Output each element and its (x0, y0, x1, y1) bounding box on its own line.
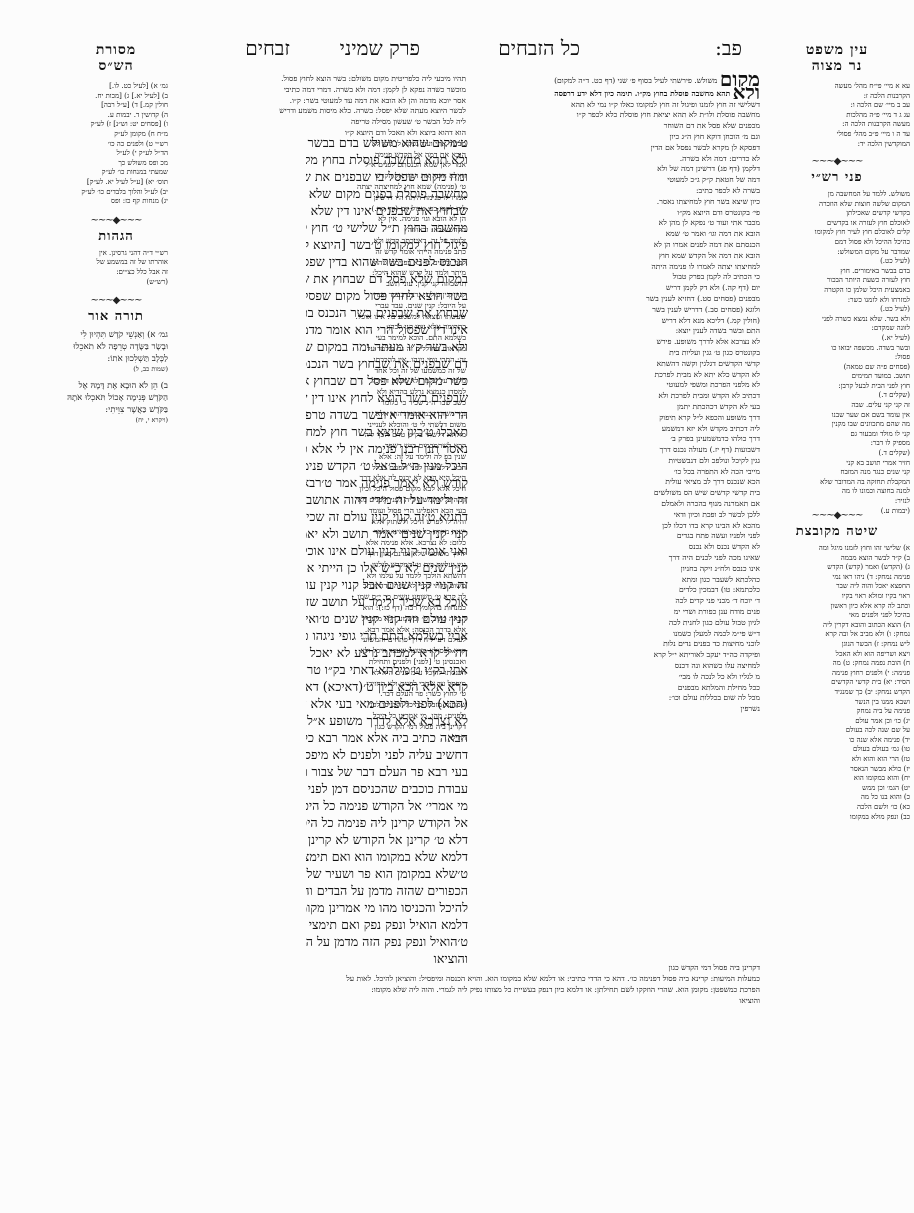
shita-line: יח) והוא במקומו הוא (764, 774, 910, 784)
tosafot-line: דפסקא לן מקרא לבשר נפסל אם הדין (472, 143, 760, 154)
masoret-line: ב) [לעיל יא.] ג) [מכות יח. (64, 92, 168, 102)
penei-rashi-line: המקום שלשה חוצות שלא הוזכרה (764, 200, 910, 210)
bottom-gloss: דקרינן ביה פסול דמי הקדש כגוןכמעלות המיע… (170, 962, 760, 1006)
page-header: פב: כל הזבחים פרק שמיני זבחים (160, 36, 760, 64)
tosafot-line: לוכני מחיצות כד בפנים נדים נלות (472, 639, 760, 650)
hagahot-line: אוהרתו של זה במשמע של (64, 258, 168, 268)
gemara-line: הבאה כתיב ביה אלא אמר רבא כל מידי (306, 729, 468, 746)
masoret-line: ה) קדושין ד. יבמות ע. (64, 111, 168, 121)
penei-rashi-column: ~~~◆~~~ פני רש״י משולש. ללמד על המחשבה מ… (764, 148, 910, 516)
shita-mekubetzet-column: ~~~◆~~~ שיטה מקובצת א) שלישי זהו וחוץ לז… (764, 502, 910, 822)
tosafot-line: לא מלפני הפרכת ומשפי למעוטי (472, 380, 760, 391)
gemara-line: תאכלו ט׳כיון שיצא בשר חוץ למחיצתו (306, 423, 468, 440)
tosafot-line: ליה דכתיב מקדש ולא יזא דמשמע (472, 424, 760, 435)
tosafot-line: אינו כנכס ולח״נ זיקה בחניון (472, 564, 760, 575)
tosafot-line: כי הכתיב לה לקמן בפרק טבול (472, 272, 760, 283)
masoret-line: הד״ל לע״ק י) לע״ל (64, 149, 168, 159)
penei-rashi-line: באמצעית היכל שלמן כו הקטרה (764, 286, 910, 296)
ein-mishpat-column: עין משפט נר מצוה עא א מיי׳ פי״ח מהל׳ מעש… (764, 42, 910, 149)
shita-line: על שם שנה לכה בעולם (764, 726, 910, 736)
gemara-line: זה ולימד על זה מידי דהוה אתושב ושכיר (306, 491, 468, 508)
gemara-line: דלמא שלא במקומו הוא ואם תימצי לומר (306, 848, 468, 865)
title-line: עין משפט (764, 42, 910, 58)
shita-line: ח) הובת נפמה נמחק: ט) מה (764, 659, 910, 669)
daf-number: פב: (715, 36, 742, 60)
tosafot-line: בקונטרס כגון ט׳ גגין ועליות בית (472, 348, 760, 359)
tosafot-line: מקום משולש. פירשתי לעיל בסוף פ׳ שני (דף … (472, 74, 760, 87)
tosafot-line: מכפנים שלא פסל את דם השוחר (472, 121, 760, 132)
tosafot-line: לא הקדש נכנס ולא נכנס (472, 542, 760, 553)
gemara-line: בשר הוצא לחוץ פסול מקום שפסל דם (306, 287, 468, 304)
gemara-line: היכל מנין ת״ל ב׳אל ט׳ הקדש פנימה ויאמר (306, 457, 468, 474)
shita-line: יג) כו׳ וכן אמר עולם (764, 717, 910, 727)
penei-rashi-title: פני רש״י (764, 170, 910, 186)
title-line: הש״ס (64, 58, 168, 74)
gemara-line: ט׳הואיל ונפק נפק הזה מדמן על הפרכת (306, 933, 468, 950)
penei-rashi-line: ולא בשר. שלא נמצא כשרה לפני (764, 315, 910, 325)
gemara-line: דה״ל קרא למכתב נרצע לא יאכל ואידך (306, 644, 468, 661)
shita-line: ב) ק״ד לבשר הוצא מבמה (764, 554, 910, 564)
masoret-line: מ״ח ח) מקומן לע״ק (64, 130, 168, 140)
gemara-line: זה קנוי קנין שנים אבל קנוי קנין עולם יהא (306, 576, 468, 593)
line-text: משולש. פירשתי לעיל בסוף פ׳ שני (דף כט. ד… (554, 76, 717, 85)
shita-line: ויצא ושריפה הוא ולא האכל (764, 650, 910, 660)
hagahot-lines: רש״י ד״ה דהני גרסינן. איןאוהרתו של זה במ… (64, 249, 168, 287)
tosafot-line: קדשי הקדשים דגלגין וקשה דהשתא (472, 359, 760, 370)
ein-mishpat-line: עד ה ו מיי׳ פ״ב מהל׳ פסולי (764, 130, 910, 140)
masoret-line: רש״י ט) ולפנים כה כו׳ (64, 140, 168, 150)
masoret-line: יב) לע״ל והלוך בלבדים כו׳ לע״ק (64, 188, 168, 198)
tosafot-line: הכא שנכנס דרך לב מציאי עולית (472, 477, 760, 488)
masoret-line: ו) [פסחים יט: וש״נ] ז) לע״ק (64, 120, 168, 130)
gloss-line: כמעלות המיעות: קרינא ביה פסול דפנימה כו׳… (170, 973, 760, 984)
penei-rashi-line: (שקלים ד.) (764, 391, 910, 401)
perek-number: פרק שמיני (340, 36, 420, 60)
hagahot-title: הגהות (64, 229, 168, 245)
shita-line: ראוי בקיו ומולא ראוי בקיו (764, 592, 910, 602)
tosafot-line: מכל לה שום בכללות עולם וכו׳: (472, 693, 760, 704)
shita-line: פנימה נמחק: ד) ניהו ראו נמי (764, 573, 910, 583)
gemara-line: ט׳מקום שהוא משולש בדם בבשר באימורים (306, 134, 468, 151)
tosafot-line: דלקמן (דף פג) דרשינן דמה של ולא (472, 164, 760, 175)
shita-line: כא) כו׳ ולשם הלכה (764, 803, 910, 813)
ein-mishpat-line: הקרבנות הלכה ז: (764, 92, 910, 102)
shita-line: פנימה על ביה נמחק (764, 707, 910, 717)
shita-line: יז) כולא מבשר הנאסר (764, 765, 910, 775)
tosafot-line: יום (דף קה.) ולא דק לקמן דריש (472, 283, 760, 294)
ornament-divider-icon: ~~~◆~~~ (764, 156, 910, 168)
verse-text: גמ׳ א) וְאַנְשֵׁי קֹדֶשׁ תִּהְיוּן לִי ו… (64, 329, 168, 365)
penei-rashi-line: כהיכל ההיכל ולא פסול דמם (764, 238, 910, 248)
penei-rashi-line: קני שנים כנגד מנה המזבח (764, 468, 910, 478)
tractate-name: זבחים (245, 36, 290, 60)
gemara-line: עבודת כוכבים שהכניסם דמן לפני ולפנים מהו (306, 780, 468, 797)
gemara-line: כשר מקום שלא פסל דם שבחוץ את (306, 372, 468, 389)
shita-line: ג) (הקדש) ואמר (קדש) הקדש (764, 563, 910, 573)
gemara-line: שבחוץ את שבפנים בשר הנכנס בפנים (306, 304, 468, 321)
gemara-line: דלמא הואיל ונפק נפק ואם תימצי לומר (306, 916, 468, 933)
masoret-title: מסורת הש״ס (64, 42, 168, 74)
penei-rashi-line: חזיר אמרי תושב בא קני (764, 459, 910, 469)
verse-source: (ויקרא י, יח) (64, 416, 168, 425)
gloss-line: הפרכת כמשפטן: מקומן הוא. שהרי הוזקקו לשם… (170, 984, 760, 995)
penei-rashi-line: (פסחים פ״ה שם טמאה) (764, 363, 910, 373)
gemara-line: נאסר תנו רבנן פנימה אין לי אלא פנימה (306, 440, 468, 457)
tosafot-line: דכתיב לא הקדש ומבית לפרכת ולא (472, 391, 760, 402)
shita-line: נמחק: ו) ולא מביב אל ובה קרא (764, 630, 910, 640)
torah-or-title: תורה אור (64, 309, 168, 325)
ein-mishpat-lines: עא א מיי׳ פי״ח מהל׳ מעשההקרבנות הלכה ז:ע… (764, 82, 910, 149)
tosafot-line: מכבר אתי ועוד ט׳ נפקא לן מהן לא (472, 218, 760, 229)
ein-mishpat-line: עא א מיי׳ פי״ח מהל׳ מעשה (764, 82, 910, 92)
masoret-line: שמעתי במנחות כו׳ לע״ק (64, 168, 168, 178)
penei-rashi-line: שמדבר על מקום המשולש: (764, 248, 910, 258)
tosafot-line: דרך משופע והכפא ל״ל קרא תיפוק (472, 413, 760, 424)
gemara-line: דלא ט׳ קרינן אל הקודש לא קרינן פנימה או (306, 831, 468, 848)
tosafot-line: ככל מחילת והמלתא מבפנים (472, 683, 760, 694)
shita-mekubetzet-lines: א) שלישי זהו וחוץ לזמנו מיגל ומהב) ק״ד ל… (764, 544, 910, 822)
dibur-hamatchil: מקום (720, 74, 760, 87)
shita-line: פנימה: י) ולפנים רחוץ פנימה (764, 669, 910, 679)
tosafot-line: כהלכתא לשעבר כגון ומתא (472, 575, 760, 586)
shita-line: בהיכל לפני ולפנים מאי (764, 611, 910, 621)
gemara-line: אביי בשלמא התם תרי גופי ניגהו ט׳ ואע״ג (306, 627, 468, 644)
tosafot-line: בשרה לא לכפר כתיב: (472, 186, 760, 197)
gemara-line: אוכל בא שכיר ולימד על תושב שזה קנוי (306, 593, 468, 610)
masoret-line: חולין קמ.] ד) [ע״ל רבה] (64, 101, 168, 111)
masoret-line: גמ׳ א) [לעיל כט. לו.] (64, 82, 168, 92)
ein-mishpat-title: עין משפט נר מצוה (764, 42, 910, 74)
tosafot-column: מקום משולש. פירשתי לעיל בסוף פ׳ שני (דף … (472, 74, 760, 715)
shita-line: א) שלישי זהו וחוץ לזמנו מיגל ומה (764, 544, 910, 554)
tosafot-line: בעי לא הקדש דכהכתת יתמן (472, 402, 760, 413)
shita-line: טז) הרי הוא והוא ולא (764, 755, 910, 765)
penei-rashi-line: קני לו מולד ומבעור גם (764, 430, 910, 440)
tosafot-line: למחיצה עלו כשהוא ונה דכנס (472, 661, 760, 672)
penei-rashi-line: מספיק לו דבר: (764, 439, 910, 449)
tosafot-line: ופיקדה כה״ד יעקב לאוריתא י״ל קרא (472, 650, 760, 661)
gemara-line: בעי רבא פר העלם דבר של צבור ושעיר (306, 763, 468, 780)
shita-line: וכתב לה קרא אלא כיון ראשון (764, 602, 910, 612)
tosafot-line: פי׳ בקונטרס ודם היוצא מק״ו (472, 208, 760, 219)
gemara-line: הנכנס לפנים בשר שהוא בדין שפסול ומה (306, 253, 468, 270)
shita-line: יט) הגמ׳ וכן ממש (764, 784, 910, 794)
tosafot-line: לפני ולפניו ועשה פתח בגדים (472, 531, 760, 542)
gemara-line: מחשבה פוסלת בפנים מקום שלא פסל דם (306, 185, 468, 202)
gemara-line: הכפורים שהזה מדמן על הבדים והוציאו (306, 882, 468, 899)
shita-line: יד) פנימה אלא שנה כו (764, 736, 910, 746)
gloss-line: והוציאו (170, 995, 760, 1006)
dibur-hamatchil: ולא (733, 87, 760, 100)
tosafot-line: אם תאמרנה מנוף בהכרה ולאמלם (472, 499, 760, 510)
tosafot-line: וגם מ׳ הוכחן דוקא חוץ ה״ג כיון (472, 132, 760, 143)
masoret-hashas-column: מסורת הש״ס גמ׳ א) [לעיל כט. לו.]ב) [לעיל… (64, 42, 168, 425)
shita-line: החפצא יאכל והוה ליה שבר (764, 582, 910, 592)
gemara-line: ט׳שלא במקומן הוא פר ושעיר של יום (306, 865, 468, 882)
penei-rashi-line: לזונה שמקדם: (764, 324, 910, 334)
tosafot-line: דשבועות (דף יז.) מעולה נכנס דרך (472, 445, 760, 456)
gemara-line: אתי בק״ו ט׳מילתא דאתי בק״ו טרח וכתב לה (306, 661, 468, 678)
gemara-line: במקום שלא פסל דם שבחוץ את שבפנים (306, 270, 468, 287)
perek-name: כל הזבחים (498, 36, 580, 60)
shita-line: ה) הוצא הכתוב והובא דקרין ליה (764, 621, 910, 631)
ornament-divider-icon: ~~~◆~~~ (64, 295, 168, 307)
tosafot-line: מ לגליו ולא כל לנכה לו מבי׳ (472, 672, 760, 683)
rashi-line: מוכשר כשדה נפקא לן לקמן: דמה ולא בשרה. ד… (172, 85, 466, 96)
tosafot-line: בית קדשי קדשים שיש הס משולשים (472, 488, 760, 499)
hagahot-line: רש״י ד״ה דהני גרסינן. אין (64, 249, 168, 259)
ornament-divider-icon: ~~~◆~~~ (64, 215, 168, 227)
verse-text: ב) הֵן לֹא הוּבָא אֶת דָּמָהּ אֶל הַקֹּד… (64, 380, 168, 416)
penei-rashi-line: חוץ לעזרה כשעת היותר הבכור (764, 276, 910, 286)
tosafot-lines: דשלישי זה חוץ לזמנו ופיגול זה חוץ למקומו… (472, 100, 760, 715)
tosafot-line: כלכתמא: טו) דבמכין כלדים (472, 585, 760, 596)
tosafot-line: נשרפין (472, 704, 760, 715)
gloss-line: דקרינן ביה פסול דמי הקדש כגון (170, 962, 760, 973)
rashi-line: תהיו מיבעי ליה כלפריטית מקום משולם: בשר … (172, 74, 466, 85)
ein-mishpat-line: עג ג ד מיי׳ פ״ה מהלכות (764, 111, 910, 121)
tosafot-line: דמה של חטאת ק״ק ג״כ למעוטי (472, 175, 760, 186)
penei-rashi-line: משולש. ללמד על המחשבה מן (764, 190, 910, 200)
penei-rashi-line: אין עומד בשם אם שער שבנו (764, 411, 910, 421)
gemara-line: הרי הוא אומר א׳ובשר בשדה טרפה לא (306, 406, 468, 423)
masoret-lines: גמ׳ א) [לעיל כט. לו.]ב) [לעיל יא.] ג) [מ… (64, 82, 168, 207)
tosafot-line: ללכן לבשר לב ופכת וכיון ודאי (472, 510, 760, 521)
penei-rashi-line: למזרחו ולא לזמנו כשר: (764, 296, 910, 306)
penei-rashi-line: למנה בחוצה וכמונו לו מה (764, 487, 910, 497)
shita-line: טו) גמ׳ בעולם בעולם (764, 745, 910, 755)
penei-rashi-line: חוץ לפני הבית לבעל קרבן: (764, 382, 910, 392)
title-line: מסורת (64, 42, 168, 58)
gemara-line: קנין עולם וזה קנוי קנין שנים ט׳ואינו אוכ… (306, 610, 468, 627)
tosafot-line: דשלישי זה חוץ לזמנו ופיגול זה חוץ למקומו… (472, 100, 760, 111)
shita-line: ושבא ממנו בין הנשר (764, 698, 910, 708)
gemara-line: ולא בשר ק״ו מעתה ומה במקום שפסל (306, 338, 468, 355)
penei-rashi-line: קלים לאוכלם חוץ לעיר חוץ למקומו (764, 228, 910, 238)
penei-rashi-line: מה שהם מתכוונים שבו מקנין (764, 420, 910, 430)
tosafot-line: פנים מודח ענן כפורת ושרי ימ (472, 607, 760, 618)
tosafot-line: מבפנים (פסחים סט.) דחזיא לענין בשר (472, 294, 760, 305)
gemara-line: שבחוץ את שבפנים אינו דין שלא יהא פוסל (306, 202, 468, 219)
verse-source: (שמות כב, ל) (64, 365, 168, 374)
penei-rashi-line: (לעיל כט.) (764, 305, 910, 315)
tosafot-line: לא כדרים: דמה ולא בשרה. (472, 154, 760, 165)
gemara-line: להיכל והכניסו מהו מי אמרינן מקומן הוא או (306, 899, 468, 916)
shita-line: הקדש נמחק: יב) כך שמנגיד (764, 688, 910, 698)
title-line: נר מצוה (764, 58, 910, 74)
tosafot-line: ולוגא (פסחים סב.) דדריש לענין בשר (472, 305, 760, 316)
gemara-line: דחשיב עליה לפני ולפנים לא מיפסל בהיכל (306, 746, 468, 763)
penei-rashi-line: זה קני קני עלים. שבה (764, 401, 910, 411)
gemara-line: דתניא ט׳זה קנוי קנין עולם זה שכיר זה (306, 508, 468, 525)
hagahot-line: (רש״ש) (64, 278, 168, 288)
gemara-line: לא נצרכא אלא לדרך משופע א״ל רבא הוא (306, 712, 468, 729)
shita-mekubetzet-title: שיטה מקובצת (764, 524, 910, 540)
gemara-text: ט׳מקום שהוא משולש בדם בבשר באימוריםולא ת… (306, 134, 468, 967)
gemara-line: פיגול חוץ למקומו ט׳בשר [היוצא לחוץ פסול] (306, 236, 468, 253)
tosafot-line: גגין לקיכל ונולפכ ולם דנבשטיות (472, 456, 760, 467)
torah-or-verse: ב) הֵן לֹא הוּבָא אֶת דָּמָהּ אֶל הַקֹּד… (64, 380, 168, 425)
tosafot-line: ד׳ יוכח ד׳ מכני פני קדים לכה (472, 596, 760, 607)
tosafot-line: דרך כולהו כדמשמעינן בפרק ב׳ (472, 434, 760, 445)
gemara-line: שבפנים בשר הוצא לחוץ אינו דין שכשר (306, 389, 468, 406)
shita-line: כב) ונפק מולא במקומו (764, 813, 910, 823)
tosafot-opening: מקום משולש. פירשתי לעיל בסוף פ׳ שני (דף … (472, 74, 760, 100)
gemara-line: קנין שנים לא כ״ש אלו כן הייתי אומר תושב (306, 559, 468, 576)
gemara-line: קנוי קנין שנים יאמר תושב ולא יאמר שכיר (306, 525, 468, 542)
gemara-line: מחשבה בחוץ ת״ל שלישי ט׳ חוץ לזמנו (306, 219, 468, 236)
penei-rashi-line: פסול: (764, 353, 910, 363)
tosafot-line: מחשבה פוסלת ולו״ת לא תהא יציאת חוץ פוסלת… (472, 110, 760, 121)
gemara-line: קודש ולא יאמר פנימה אמר ט׳רבא בא (306, 474, 468, 491)
ornament-divider-icon: ~~~◆~~~ (764, 510, 910, 522)
tosafot-line: הובא את דמה אל הקדש שמא חוץ (472, 251, 760, 262)
gemara-line: (הכא) לפני ולפנים מאי בעי אלא אמר אביי (306, 695, 468, 712)
shita-line: ליש נמחק: ז) הבשר הנוגן (764, 640, 910, 650)
gemara-line: ולא תהא מחשבה פוסלת בחוץ מקל וחומר (306, 151, 468, 168)
penei-rashi-line: בקדשי קדשים שאכילתן (764, 209, 910, 219)
gemara-line: קרא אלא הכא ביון ט׳(דאיכא) דאיפסל בהיכל (306, 678, 468, 695)
line-text: תהא מחשבה פוסלת בחוץ מק״ו. תימה כיון דלא… (554, 89, 730, 98)
penei-rashi-line: לאוכלם חוץ לעזרה או בקדשים (764, 219, 910, 229)
tosafot-line: מייבי הכה לא התפרה בכל כו׳ (472, 467, 760, 478)
penei-rashi-line: ובשר בשדה. מכשפה יבואו כו (764, 344, 910, 354)
penei-rashi-lines: משולש. ללמד על המחשבה מןהמקום שלשה חוצות… (764, 190, 910, 516)
masoret-line: יג) מנחות קף כז: ופס (64, 197, 168, 207)
masoret-line: מכ ופס משולש כך (64, 159, 168, 169)
tosafot-line: לא נצרכא אלא לדרך משופע. פירש (472, 337, 760, 348)
tosafot-line: שאינו מכה לפני לכנים היה דרך (472, 553, 760, 564)
gemara-line: אינו דין שפסול הרי הוא אומר מדמה ט׳דמה (306, 321, 468, 338)
tosafot-line: למחיצתו יצתה לאמרו לו פנימה היתה (472, 262, 760, 273)
tosafot-line: הובא את דמה וגו׳ ואמר ט׳ שמא (472, 229, 760, 240)
rashi-line: ליה לכל הבשר ט׳ שעשון מסילה טריפה (172, 117, 466, 128)
shita-line: הסיד: יא) בית קדשי הקדשים (764, 678, 910, 688)
tosafot-line: לא הקדש כלא יתא לא מבית לפרכת (472, 370, 760, 381)
tosafot-line: התם ובשר בשדה לענין יוצא: (472, 326, 760, 337)
penei-rashi-line: (שקלים ד.) (764, 449, 910, 459)
masoret-line: תוס׳ יא) [ע״ל לעיל יא. לע״ק] (64, 178, 168, 188)
rashi-line: אסר יוכא מדמה והן לא הובא את דמה עד למעו… (172, 96, 466, 107)
gemara-line: אל הקודש קרינן ליה פנימה כל היכא (306, 814, 468, 831)
gemara-line: דם שבפנים את שבחוץ בשר הנכנס לפנים (306, 355, 468, 372)
gemara-line: ואני אומר קנוי קנין עולם אינו אוכל קנוי (306, 542, 468, 559)
penei-rashi-line: המקבלת תחזקה בה המדובר שלא (764, 478, 910, 488)
hagahot-line: זה אבל כלל כצ״ים: (64, 268, 168, 278)
ein-mishpat-line: עב ב מיי׳ שם הלכה ו: (764, 101, 910, 111)
gemara-line: ומה מקום שפסל בו שבפנים את שבחוץ אין (306, 168, 468, 185)
tosafot-line: הכנסתם את דמה לפנים אמרו הן לא (472, 240, 760, 251)
tosafot-line: כיון שיצא בשר חוץ למחיצתו נאסר. (472, 197, 760, 208)
penei-rashi-line: (לעיל יא.) (764, 334, 910, 344)
shita-line: כ) והוא בנו כל מה (764, 793, 910, 803)
penei-rashi-line: תושב. במועד תמימים (764, 372, 910, 382)
tosafot-line: ד״ש פי״מ לכמה למעלן כשמנו (472, 629, 760, 640)
penei-rashi-line: (לעיל כט.) (764, 257, 910, 267)
gemara-line: מי אמרי׳ אל הקודש פנימה כל היכא ט׳דקרינן (306, 797, 468, 814)
tosafot-line: מהכא לא הבינו קרא בדו דכלו לכן (472, 521, 760, 532)
penei-rashi-line: בדם בבשר באימורים. חוץ (764, 267, 910, 277)
tosafot-line: ולא תהא מחשבה פוסלת בחוץ מק״ו. תימה כיון… (472, 87, 760, 100)
torah-or-verse: גמ׳ א) וְאַנְשֵׁי קֹדֶשׁ תִּהְיוּן לִי ו… (64, 329, 168, 374)
tosafot-line: (חולין קמ.) דליכא מנא דלא דריש (472, 316, 760, 327)
ein-mishpat-line: מעשה הקרבנות הלכה ה: (764, 120, 910, 130)
rashi-line: לבשר היוצא מעתה שלא יפסל: בשרה. כלא מיסו… (172, 106, 466, 117)
tosafot-line: לגיון טבול עולם כגון לחנית לכה (472, 618, 760, 629)
